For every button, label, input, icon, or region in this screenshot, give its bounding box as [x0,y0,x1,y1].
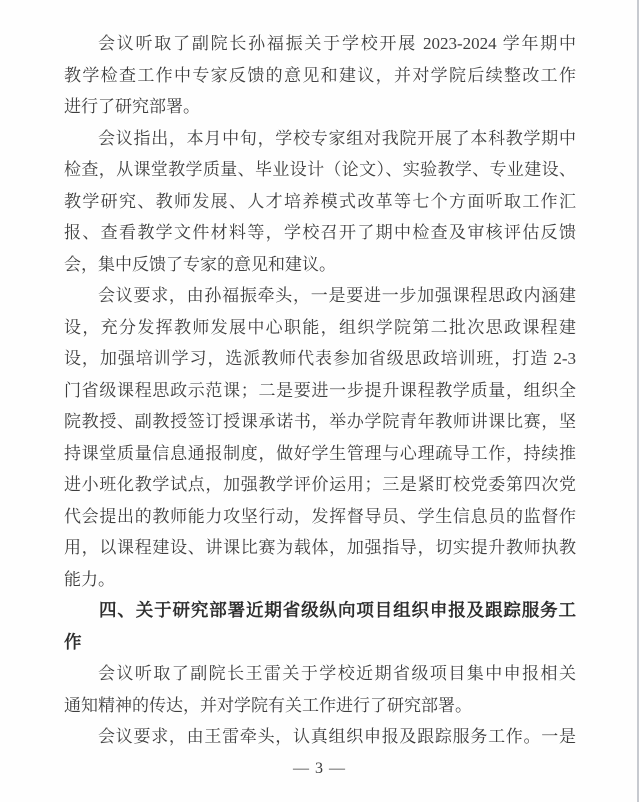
page-number: — 3 — [0,760,639,778]
text-line: 会议要求，由王雷牵头，认真组织申报及跟踪服务工作。一是 [64,721,576,753]
text-line: 门省级课程思政示范课；二是要进一步提升课程教学质量，组织全 [64,375,576,407]
scanned-document-page: 会议听取了副院长孙福振关于学校开展 2023-2024 学年期中教学检查工作中专… [0,0,639,802]
text-line: 检查，从课堂教学质量、毕业设计（论文）、实验教学、专业建设、 [64,154,576,186]
paragraph: 会议听取了副院长王雷关于学校近期省级项目集中申报相关通知精神的传达，并对学院有关… [64,658,576,721]
text-line: 教学检查工作中专家反馈的意见和建议，并对学院后续整改工作 [64,60,576,92]
text-line: 会议听取了副院长孙福振关于学校开展 2023-2024 学年期中 [64,28,576,60]
text-line: 设，加强培训学习，选派教师代表参加省级思政培训班，打造 2-3 [64,343,576,375]
text-line: 通知精神的传达，并对学院有关工作进行了研究部署。 [64,690,576,722]
text-line: 院教授、副教授签订授课承诺书，举办学院青年教师讲课比赛，坚 [64,406,576,438]
text-line: 会议指出，本月中旬，学校专家组对我院开展了本科教学期中 [64,123,576,155]
text-line: 用，以课程建设、讲课比赛为载体，加强指导，切实提升教师执教 [64,532,576,564]
text-line: 代会提出的教师能力攻坚行动，发挥督导员、学生信息员的监督作 [64,501,576,533]
text-line: 设，充分发挥教师发展中心职能，组织学院第二批次思政课程建 [64,312,576,344]
section-heading: 四、关于研究部署近期省级纵向项目组织申报及跟踪服务工作 [64,595,576,658]
paragraph: 会议听取了副院长孙福振关于学校开展 2023-2024 学年期中教学检查工作中专… [64,28,576,123]
paragraph: 会议要求，由王雷牵头，认真组织申报及跟踪服务工作。一是 [64,721,576,753]
text-line: 会，集中反馈了专家的意见和建议。 [64,249,576,281]
paragraph: 会议要求，由孙福振牵头，一是要进一步加强课程思政内涵建设，充分发挥教师发展中心职… [64,280,576,595]
text-line: 教学研究、教师发展、人才培养模式改革等七个方面听取工作汇 [64,186,576,218]
paragraph: 会议指出，本月中旬，学校专家组对我院开展了本科教学期中检查，从课堂教学质量、毕业… [64,123,576,281]
text-line: 进行了研究部署。 [64,91,576,123]
heading-line: 四、关于研究部署近期省级纵向项目组织申报及跟踪服务工 [64,595,576,627]
document-body: 会议听取了副院长孙福振关于学校开展 2023-2024 学年期中教学检查工作中专… [64,28,576,753]
text-line: 报、查看教学文件材料等，学校召开了期中检查及审核评估反馈 [64,217,576,249]
text-line: 能力。 [64,564,576,596]
text-line: 会议听取了副院长王雷关于学校近期省级项目集中申报相关 [64,658,576,690]
text-line: 持课堂质量信息通报制度，做好学生管理与心理疏导工作，持续推 [64,438,576,470]
heading-line: 作 [64,627,576,659]
text-line: 会议要求，由孙福振牵头，一是要进一步加强课程思政内涵建 [64,280,576,312]
text-line: 进小班化教学试点，加强教学评价运用；三是紧盯校党委第四次党 [64,469,576,501]
